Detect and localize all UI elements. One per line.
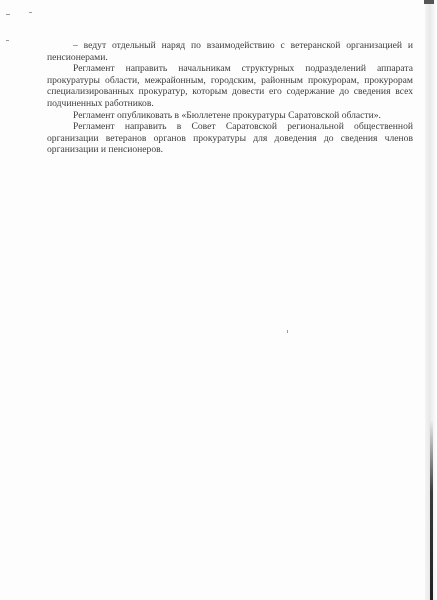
page-edge-dark xyxy=(430,420,433,600)
scan-mark xyxy=(29,12,32,13)
paragraph-veteran-duty: – ведут отдельный наряд по взаимодействи… xyxy=(47,40,413,63)
paragraph-publish-bulletin: Регламент опубликовать в «Бюллетене прок… xyxy=(47,110,413,122)
scanned-page: – ведут отдельный наряд по взаимодействи… xyxy=(0,0,437,600)
paragraph-send-to-veterans-council: Регламент направить в Совет Саратовской … xyxy=(47,121,413,156)
page-edge-mark xyxy=(424,0,434,4)
scan-mark xyxy=(6,40,9,41)
scan-mark xyxy=(287,330,288,333)
document-body: – ведут отдельный наряд по взаимодействи… xyxy=(47,40,413,156)
scan-mark xyxy=(6,14,10,15)
paragraph-send-to-departments: Регламент направить начальникам структур… xyxy=(47,63,413,109)
